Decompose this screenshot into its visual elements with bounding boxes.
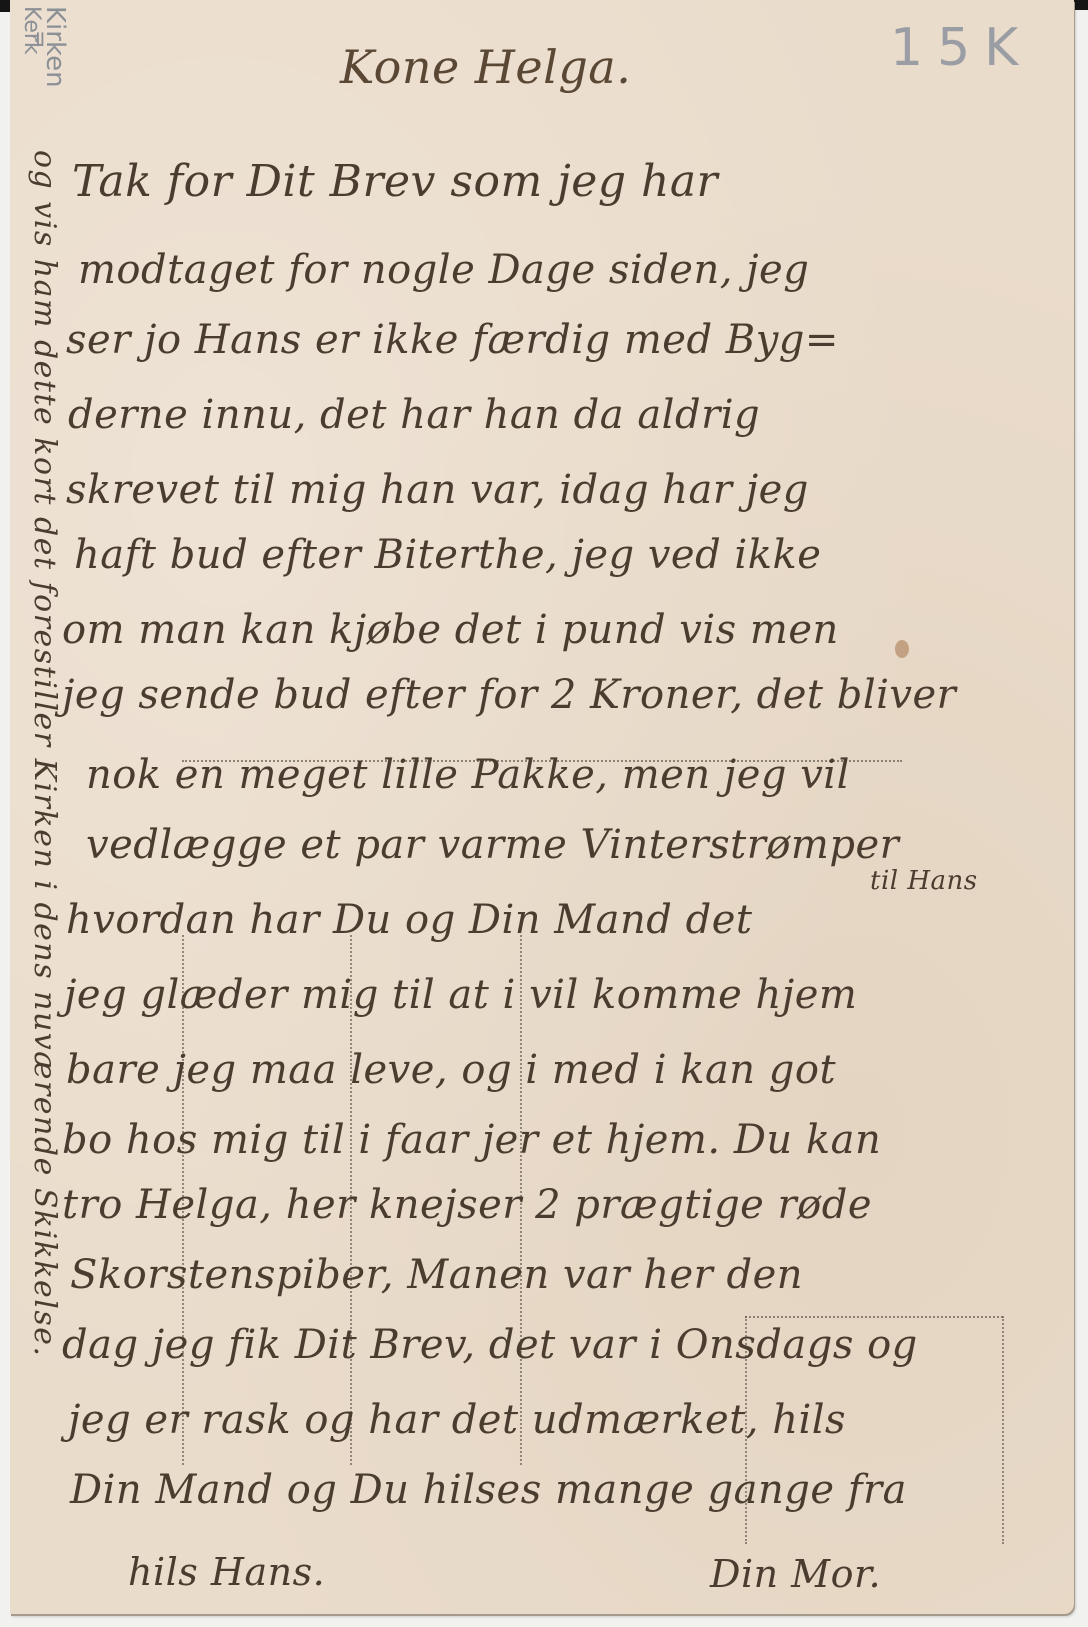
letter-insertion: til Hans xyxy=(870,866,978,896)
letter-line: ser jo Hans er ikke færdig med Byg= xyxy=(66,320,839,360)
letter-line: om man kan kjøbe det i pund vis men xyxy=(62,610,839,650)
postcard: Kirken = Kerk 15K og vis ham dette kort … xyxy=(10,0,1074,1614)
letter-line: bare jeg maa leve, og i med i kan got xyxy=(66,1050,836,1090)
signature: Din Mor. xyxy=(710,1552,881,1596)
letter-line: hvordan har Du og Din Mand det xyxy=(66,900,752,940)
salutation: Kone Helga. xyxy=(340,40,631,94)
letter-line: jeg sende bud efter for 2 Kroner, det bl… xyxy=(62,675,956,715)
letter-line: skrevet til mig han var, idag har jeg xyxy=(66,470,809,510)
scan-edge-right xyxy=(1074,0,1088,10)
pencil-note-kerk: Kerk xyxy=(19,6,44,55)
margin-vertical-note: og vis ham dette kort det forestiller Ki… xyxy=(27,150,62,1358)
letter-line: dag jeg fik Dit Brev, det var i Onsdags … xyxy=(62,1325,918,1365)
postscript: hils Hans. xyxy=(128,1550,325,1594)
scan-edge-left xyxy=(0,0,10,12)
dotted-guide-line xyxy=(745,1316,1003,1318)
letter-line: nok en meget lille Pakke, men jeg vil xyxy=(86,755,850,795)
letter-line: derne innu, det har han da aldrig xyxy=(68,395,760,435)
page: Kirken = Kerk 15K og vis ham dette kort … xyxy=(0,0,1088,1627)
letter-line: jeg glæder mig til at i vil komme hjem xyxy=(64,975,857,1015)
letter-line: tro Helga, her knejser 2 prægtige røde xyxy=(62,1185,872,1225)
letter-line: vedlægge et par varme Vinterstrømper xyxy=(86,825,899,865)
letter-line: Tak for Dit Brev som jeg har xyxy=(72,160,718,204)
letter-line: haft bud efter Biterthe, jeg ved ikke xyxy=(74,535,821,575)
letter-line: Skorstenspiber, Manen var her den xyxy=(70,1255,803,1295)
dotted-guide-line xyxy=(1002,1316,1004,1544)
ink-stain xyxy=(895,640,909,658)
letter-line: bo hos mig til i faar jer et hjem. Du ka… xyxy=(62,1120,881,1160)
letter-line: Din Mand og Du hilses mange gange fra xyxy=(70,1470,907,1510)
letter-line: modtaget for nogle Dage siden, jeg xyxy=(78,250,809,290)
pencil-price-mark: 15K xyxy=(890,18,1032,78)
letter-line: jeg er rask og har det udmærket, hils xyxy=(68,1400,846,1440)
